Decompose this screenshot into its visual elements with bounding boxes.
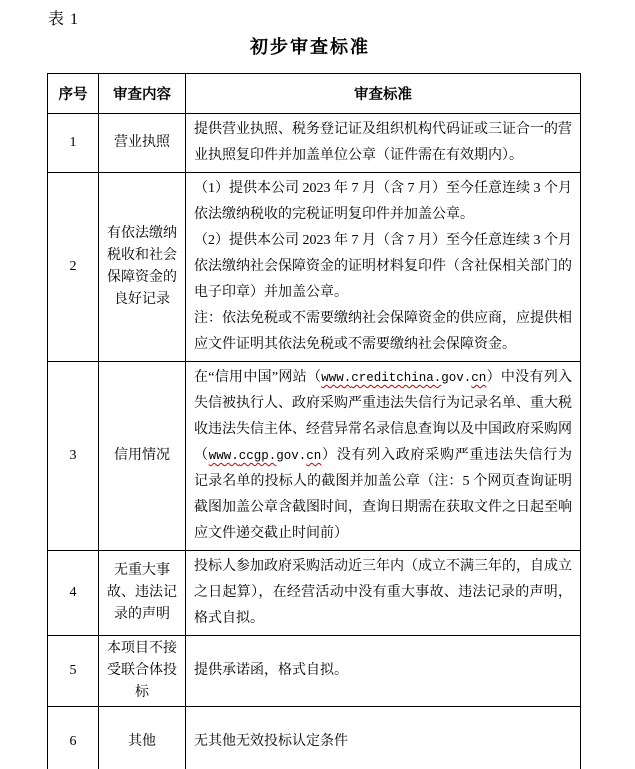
page-title: 初步审查标准	[40, 33, 580, 59]
criteria-paragraph: 在“信用中国”网站（www.creditchina.gov.cn）中没有列入失信…	[194, 365, 572, 547]
criteria-text: 投标人参加政府采购活动近三年内（成立不满三年的，自成立之日起算），在经营活动中没…	[194, 559, 572, 626]
row-index-cell: 2	[48, 173, 99, 362]
header-index: 序号	[48, 74, 99, 114]
review-content-cell: 其他	[99, 707, 186, 769]
row-index-cell: 1	[48, 114, 99, 173]
criteria-paragraph: 无其他无效投标认定条件	[194, 729, 572, 755]
table-body: 1营业执照提供营业执照、税务登记证及组织机构代码证或三证合一的营业执照复印件并加…	[48, 114, 581, 769]
criteria-text: （1）提供本公司 2023 年 7 月（含 7 月）至今任意连续 3 个月依法缴…	[194, 181, 572, 222]
criteria-paragraph: 提供承诺函，格式自拟。	[194, 658, 572, 684]
criteria-text: 提供营业执照、税务登记证及组织机构代码证或三证合一的营业执照复印件并加盖单位公章…	[194, 122, 572, 163]
review-content-cell: 信用情况	[99, 362, 186, 551]
criteria-paragraph: 投标人参加政府采购活动近三年内（成立不满三年的，自成立之日起算），在经营活动中没…	[194, 554, 572, 632]
criteria-paragraph: 注：依法免税或不需要缴纳社会保障资金的供应商，应提供相应文件证明其依法免税或不需…	[194, 306, 572, 358]
criteria-paragraph: （2）提供本公司 2023 年 7 月（含 7 月）至今任意连续 3 个月依法缴…	[194, 228, 572, 306]
url-text: ccgp.	[239, 449, 277, 463]
row-index-cell: 6	[48, 707, 99, 769]
review-criteria-cell: 无其他无效投标认定条件	[186, 707, 581, 769]
table-row: 3信用情况在“信用中国”网站（www.creditchina.gov.cn）中没…	[48, 362, 581, 551]
url-text: cn	[306, 449, 321, 463]
table-row: 2有依法缴纳税收和社会保障资金的良好记录（1）提供本公司 2023 年 7 月（…	[48, 173, 581, 362]
table-row: 4无重大事故、违法记录的声明投标人参加政府采购活动近三年内（成立不满三年的，自成…	[48, 551, 581, 636]
url-text: gov.	[441, 371, 471, 385]
table-number-label: 表 1	[48, 6, 79, 29]
url-text: creditchina.	[351, 371, 441, 385]
table-row: 5本项目不接受联合体投标提供承诺函，格式自拟。	[48, 636, 581, 707]
row-index-cell: 3	[48, 362, 99, 551]
review-content-cell: 无重大事故、违法记录的声明	[99, 551, 186, 636]
document-page: 表 1 初步审查标准 序号 审查内容 审查标准 1营业执照提供营业执照、税务登记…	[0, 0, 635, 769]
url-text: gov.	[276, 449, 306, 463]
table-row: 1营业执照提供营业执照、税务登记证及组织机构代码证或三证合一的营业执照复印件并加…	[48, 114, 581, 173]
criteria-text: 在“信用中国”网站（	[194, 370, 321, 385]
url-text: cn	[471, 371, 486, 385]
review-criteria-cell: 投标人参加政府采购活动近三年内（成立不满三年的，自成立之日起算），在经营活动中没…	[186, 551, 581, 636]
review-criteria-cell: 提供承诺函，格式自拟。	[186, 636, 581, 707]
criteria-text: （2）提供本公司 2023 年 7 月（含 7 月）至今任意连续 3 个月依法缴…	[194, 233, 572, 300]
url-text: www.	[209, 449, 239, 463]
url-text: www.	[321, 371, 351, 385]
review-content-cell: 有依法缴纳税收和社会保障资金的良好记录	[99, 173, 186, 362]
table-header-row: 序号 审查内容 审查标准	[48, 74, 581, 114]
review-criteria-cell: （1）提供本公司 2023 年 7 月（含 7 月）至今任意连续 3 个月依法缴…	[186, 173, 581, 362]
criteria-text: 提供承诺函，格式自拟。	[194, 663, 348, 678]
criteria-text: 注：依法免税或不需要缴纳社会保障资金的供应商，应提供相应文件证明其依法免税或不需…	[194, 311, 572, 352]
header-review-content: 审查内容	[99, 74, 186, 114]
header-review-criteria: 审查标准	[186, 74, 581, 114]
review-standards-table: 序号 审查内容 审查标准 1营业执照提供营业执照、税务登记证及组织机构代码证或三…	[47, 73, 581, 769]
table-row: 6其他无其他无效投标认定条件	[48, 707, 581, 769]
criteria-paragraph: （1）提供本公司 2023 年 7 月（含 7 月）至今任意连续 3 个月依法缴…	[194, 176, 572, 228]
criteria-paragraph: 提供营业执照、税务登记证及组织机构代码证或三证合一的营业执照复印件并加盖单位公章…	[194, 117, 572, 169]
row-index-cell: 4	[48, 551, 99, 636]
review-criteria-cell: 在“信用中国”网站（www.creditchina.gov.cn）中没有列入失信…	[186, 362, 581, 551]
review-content-cell: 营业执照	[99, 114, 186, 173]
row-index-cell: 5	[48, 636, 99, 707]
review-content-cell: 本项目不接受联合体投标	[99, 636, 186, 707]
criteria-text: 无其他无效投标认定条件	[194, 734, 348, 749]
review-criteria-cell: 提供营业执照、税务登记证及组织机构代码证或三证合一的营业执照复印件并加盖单位公章…	[186, 114, 581, 173]
